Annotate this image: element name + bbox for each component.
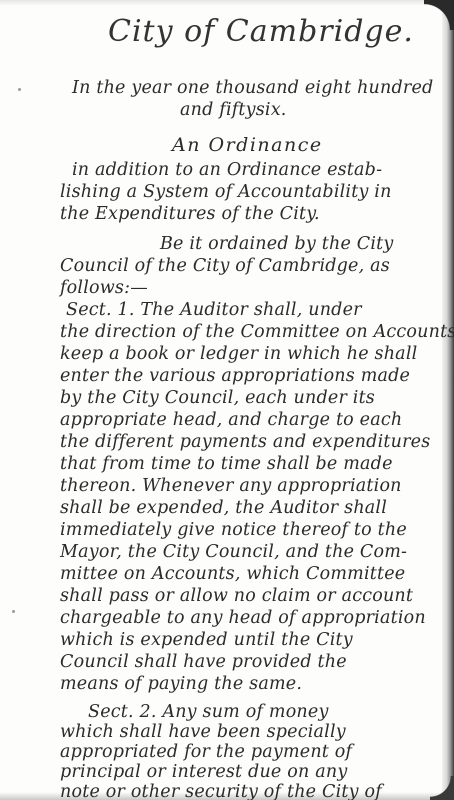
preamble-line-2: and fiftysix. (180, 100, 287, 120)
enactment-line-3: follows:— (60, 278, 148, 298)
subtitle-line-1: in addition to an Ordinance estab- (72, 160, 382, 180)
section1-line-8: that from time to time shall be made (60, 454, 393, 474)
page-right-edge-shadow (442, 0, 454, 800)
section1-line-11: immediately give notice thereof to the (60, 520, 407, 540)
section1-line-2: the direction of the Committee on Accoun… (60, 322, 454, 342)
manuscript-page: City of Cambridge. In the year one thous… (0, 0, 454, 800)
section1-line-9: thereon. Whenever any appropriation (60, 476, 402, 496)
enactment-line-1: Be it ordained by the City (160, 234, 393, 254)
section1-line-17: Council shall have provided the (60, 652, 347, 672)
section1-line-12: Mayor, the City Council, and the Com- (60, 542, 407, 562)
section1-line-4: enter the various appropriations made (60, 366, 410, 386)
section2-line-1: Sect. 2. Any sum of money (88, 702, 329, 722)
section1-line-10: shall be expended, the Auditor shall (60, 498, 387, 518)
section2-line-3: appropriated for the payment of (60, 742, 352, 762)
preamble-line-1: In the year one thousand eight hundred (72, 78, 433, 98)
enactment-line-2: Council of the City of Cambridge, as (60, 256, 390, 276)
section1-line-14: shall pass or allow no claim or account (60, 586, 413, 606)
subtitle-line-2: lishing a System of Accountability in (60, 182, 392, 202)
section1-line-7: the different payments and expenditures (60, 432, 430, 452)
section1-line-18: means of paying the same. (60, 674, 302, 694)
section1-line-1: Sect. 1. The Auditor shall, under (66, 300, 362, 320)
section1-line-13: mittee on Accounts, which Committee (60, 564, 405, 584)
paper-speck (12, 610, 15, 613)
ordinance-heading: An Ordinance (172, 134, 323, 156)
document-title: City of Cambridge. (108, 14, 414, 49)
subtitle-line-3: the Expenditures of the City. (60, 204, 320, 224)
section1-line-15: chargeable to any head of appropriation (60, 608, 426, 628)
section2-line-2: which shall have been specially (60, 722, 346, 742)
section1-line-6: appropriate head, and charge to each (60, 410, 402, 430)
page-corner-top-right (424, 0, 454, 30)
section1-line-5: by the City Council, each under its (60, 388, 375, 408)
section1-line-3: keep a book or ledger in which he shall (60, 344, 417, 364)
page-corner-bottom-right (430, 776, 454, 800)
paper-speck (18, 88, 21, 91)
section2-line-5: note or other security of the City of (60, 782, 382, 800)
page-top-edge (0, 0, 454, 6)
section2-line-4: principal or interest due on any (60, 762, 347, 782)
section1-line-16: which is expended until the City (60, 630, 353, 650)
